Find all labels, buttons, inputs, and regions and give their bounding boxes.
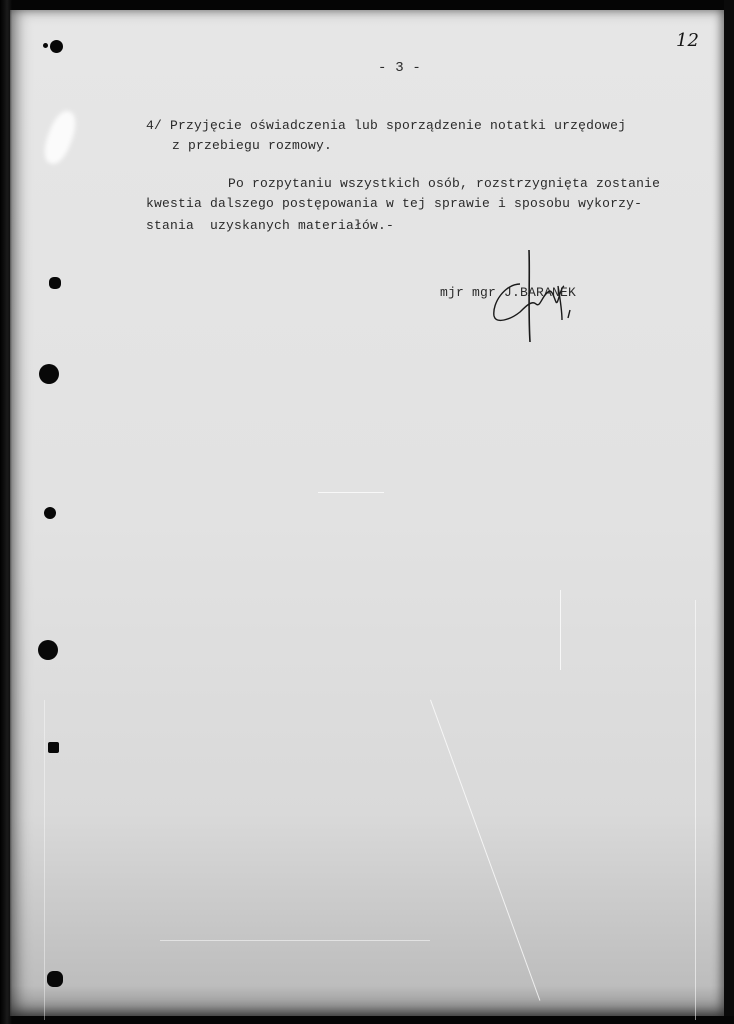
document-page (10, 10, 724, 1016)
punch-hole (47, 971, 63, 987)
scratch-mark (318, 492, 384, 493)
scan-border-left (0, 0, 12, 1024)
punch-hole (48, 742, 59, 753)
page-number: - 3 - (378, 58, 421, 78)
scan-border-right (724, 0, 734, 1024)
punch-hole (39, 364, 59, 384)
punch-hole (43, 43, 48, 48)
handwritten-signature-icon (480, 248, 580, 344)
paragraph-line-2: kwestia dalszego postępowania w tej spra… (146, 194, 642, 214)
folio-number: 12 (676, 30, 699, 51)
scratch-mark (695, 600, 696, 1020)
punch-hole (44, 507, 56, 519)
paragraph-line-3: stania uzyskanych materiałów.- (146, 216, 394, 236)
punch-hole (49, 277, 61, 289)
scratch-mark (44, 700, 45, 1020)
item-4-line-1: 4/ Przyjęcie oświadczenia lub sporządzen… (146, 116, 626, 136)
paragraph-line-1: Po rozpytaniu wszystkich osób, rozstrzyg… (228, 174, 660, 194)
scratch-mark (560, 590, 561, 670)
item-4-line-2: z przebiegu rozmowy. (172, 136, 332, 156)
scan-border-bottom (0, 1016, 734, 1024)
punch-hole (50, 40, 63, 53)
scratch-mark (160, 940, 430, 941)
punch-hole (38, 640, 58, 660)
scan-border-top (0, 0, 734, 10)
